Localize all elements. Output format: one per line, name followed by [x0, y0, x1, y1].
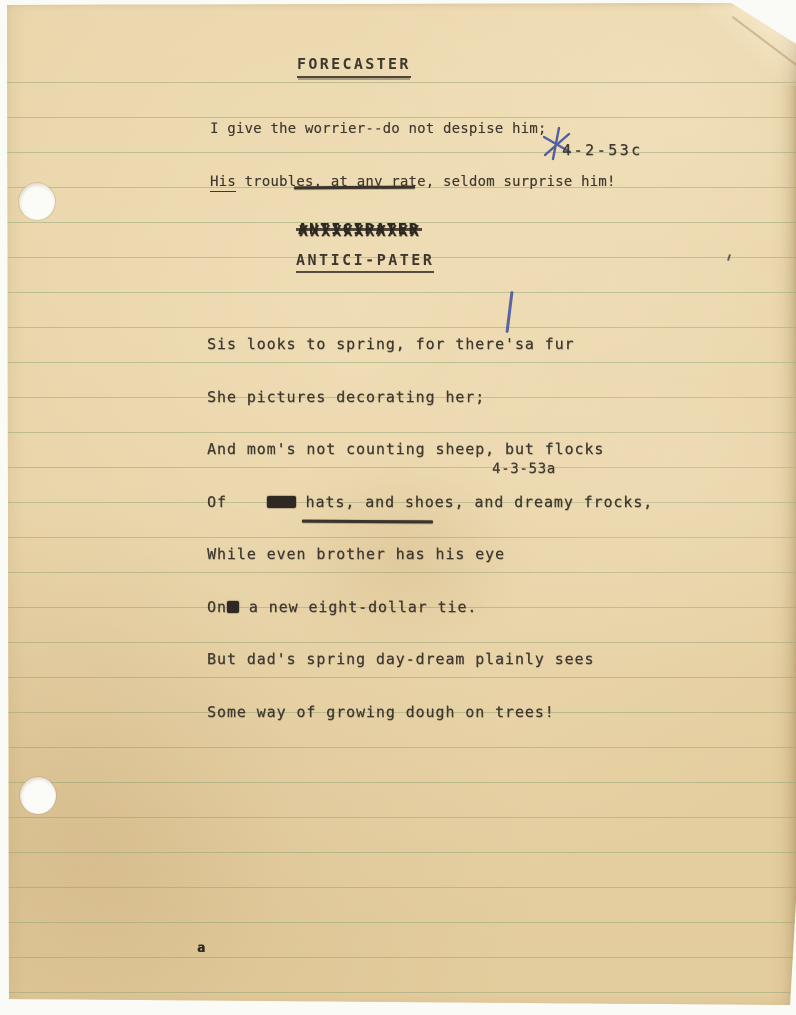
poem-line-part: a new eight-dollar tie. — [239, 598, 477, 616]
poem-line: On a new eight-dollar tie. — [207, 599, 653, 617]
poem-line: Of hats, and shoes, and dreamy frocks, — [207, 494, 653, 512]
poem-line-rest: troubles, at any rate, seldom surprise h… — [236, 174, 616, 190]
poem-line: Some way of growing dough on trees! — [207, 704, 653, 722]
poem-date-forecaster: 4-2-53c — [562, 141, 643, 159]
struck-out-title: ANTICIPATER XXXXXXXXXXX — [298, 220, 428, 238]
poem-line: His troubles, at any rate, seldom surpri… — [210, 174, 616, 192]
punch-hole-bottom — [20, 777, 56, 814]
blacked-out-word — [267, 496, 296, 508]
poem-line-part: hats, and shoes, and dreamy frocks, — [296, 493, 654, 511]
corner-fold-highlight — [700, 0, 796, 86]
typed-footer-character: a — [197, 941, 205, 956]
poem-title-anticipater: ANTICI-PATER — [296, 251, 434, 273]
poem-line-part: Of — [207, 493, 267, 511]
underlined-word: His — [210, 174, 236, 192]
overtype-strike-text: XXXXXXXXXXX — [299, 222, 421, 240]
poem-date-anticipater: 4-3-53a — [492, 461, 556, 477]
scanned-document-page: FORECASTER I give the worrier--do not de… — [0, 0, 796, 1015]
punch-hole-top — [19, 183, 55, 220]
poem-line: Sis looks to spring, for there'sa fur — [207, 336, 653, 354]
poem-anticipater: Sis looks to spring, for there'sa fur Sh… — [207, 301, 653, 756]
poem-line-part: On — [207, 598, 227, 616]
poem-line: And mom's not counting sheep, but flocks — [207, 441, 653, 459]
poem-line: While even brother has his eye — [207, 546, 653, 564]
poem-line-part: Sis looks to spring, for there's — [207, 335, 525, 353]
poem-line: But dad's spring day-dream plainly sees — [207, 651, 653, 669]
poem-line: She pictures decorating her; — [207, 389, 653, 407]
poem-line-part: a fur — [525, 335, 575, 353]
strike-bar — [296, 228, 422, 231]
lined-paper-sheet: FORECASTER I give the worrier--do not de… — [0, 0, 796, 1015]
poem-title-forecaster: FORECASTER — [297, 55, 411, 78]
blacked-out-character — [227, 601, 239, 613]
